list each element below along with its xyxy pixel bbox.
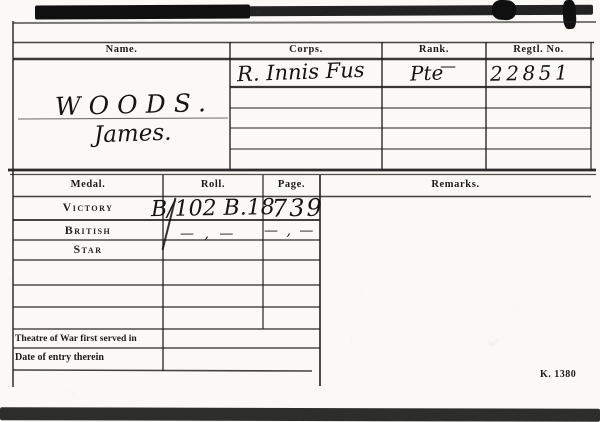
victory-roll-handwriting: B/102 B.18, bbox=[151, 195, 282, 222]
form-number: K. 1380 bbox=[540, 369, 594, 380]
regimental-number-handwriting: 22851 bbox=[490, 60, 572, 85]
date-of-entry-label: Date of entry therein bbox=[15, 352, 104, 363]
rank-flourish-stroke: — bbox=[440, 56, 456, 75]
british-page-ditto-marks: — , — bbox=[264, 223, 315, 239]
star-medal-label: Star bbox=[13, 242, 163, 257]
page-column-header: Page. bbox=[263, 179, 320, 190]
british-medal-label: British bbox=[13, 223, 163, 238]
victory-page-handwriting: 739 bbox=[272, 194, 324, 223]
regtl-no-column-header: Regtl. No. bbox=[486, 44, 591, 55]
surname-handwriting: WOODS. bbox=[55, 88, 215, 121]
rank-entry-handwriting: Pte bbox=[410, 60, 444, 85]
medal-column-header: Medal. bbox=[13, 179, 163, 190]
corps-column-header: Corps. bbox=[230, 44, 382, 55]
roll-column-header: Roll. bbox=[163, 179, 263, 190]
scan-artifact-bottom-band bbox=[0, 407, 600, 422]
forename-handwriting: James. bbox=[94, 120, 172, 149]
corps-entry-handwriting: R. Innis Fus bbox=[237, 58, 365, 86]
victory-medal-label: Victory bbox=[13, 200, 163, 215]
rank-column-header: Rank. bbox=[382, 44, 486, 55]
theatre-of-war-label: Theatre of War first served in bbox=[15, 333, 137, 344]
remarks-column-header: Remarks. bbox=[320, 179, 591, 190]
name-column-header: Name. bbox=[13, 44, 230, 55]
british-roll-ditto-marks: — , — bbox=[180, 226, 236, 242]
medal-index-card-scan: Name. Corps. Rank. Regtl. No. R. Innis F… bbox=[0, 0, 600, 422]
